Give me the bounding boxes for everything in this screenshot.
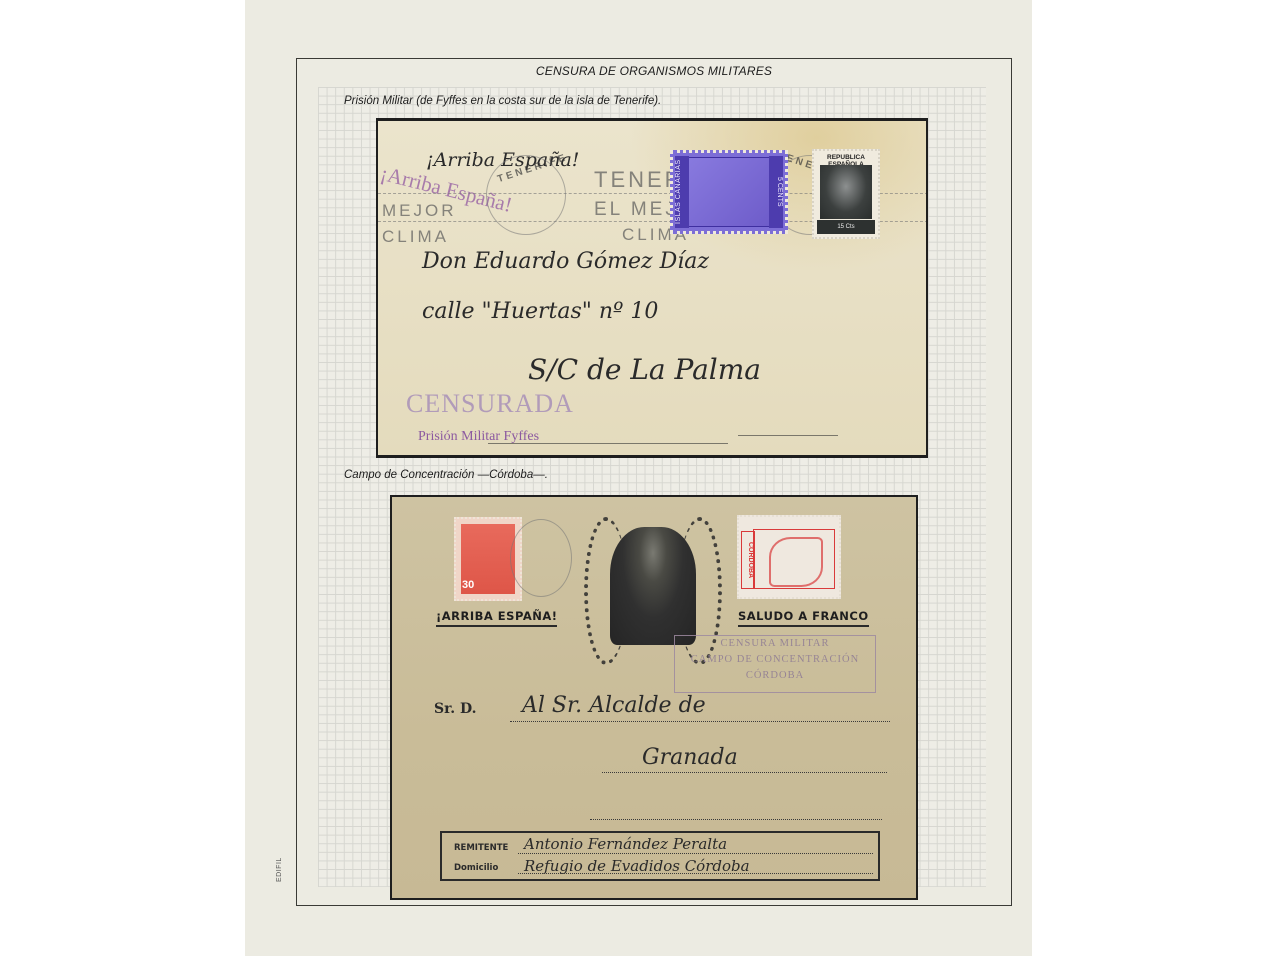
stamp-republica-espanola: REPUBLICA ESPAÑOLA 15 Cts	[812, 149, 880, 239]
printed-saludo-franco: SALUDO A FRANCO	[738, 609, 869, 627]
printed-arriba-espana: ¡ARRIBA ESPAÑA!	[436, 609, 557, 627]
cover-prision-militar: ¡Arriba España! ¡Arriba España! TENERIFE…	[376, 118, 928, 458]
sender-dotline	[518, 853, 873, 854]
remitente-value: Antonio Fernández Peralta	[524, 835, 727, 853]
censor-line-2: CAMPO DE CONCENTRACIÓN	[675, 652, 875, 668]
stamp-value: 15 Cts	[817, 220, 875, 234]
censor-line-1: CENSURA MILITAR	[675, 636, 875, 652]
domicilio-label: Domicilio	[454, 863, 498, 873]
underline-stroke	[488, 443, 728, 444]
address-line-2: Granada	[642, 745, 738, 770]
cover-campo-concentracion: 30 CORDOBA ¡ARRIBA ESPAÑA! SALUDO A FRAN…	[390, 495, 918, 900]
section-caption-prision: Prisión Militar (de Fyffes en la costa s…	[344, 95, 661, 107]
sender-box: REMITENTE Antonio Fernández Peralta Domi…	[440, 831, 880, 881]
section-caption-campo: Campo de Concentración —Córdoba—.	[344, 469, 548, 481]
postmark-circle	[510, 519, 572, 597]
publisher-mark: EDIFIL	[276, 857, 283, 882]
stamp-cordoba-overprint: CORDOBA	[737, 515, 841, 599]
stamp-country: ISLAS CANARIAS	[675, 156, 689, 228]
sender-dotline	[518, 873, 873, 874]
portrait-vignette	[610, 527, 696, 645]
censura-militar-stamp: CENSURA MILITAR CAMPO DE CONCENTRACIÓN C…	[674, 635, 876, 693]
address-dotline	[602, 772, 887, 773]
stamp-portrait	[820, 165, 872, 219]
stamp-design	[677, 157, 781, 227]
stamp-design	[769, 537, 823, 587]
address-dotline	[590, 819, 882, 820]
address-dotline	[510, 721, 890, 722]
underline-stroke	[738, 435, 838, 436]
stamp-value: 5 CENTS	[769, 156, 783, 228]
address-line-1: Al Sr. Alcalde de	[522, 693, 706, 718]
address-line-2: calle "Huertas" nº 10	[422, 299, 658, 324]
machine-cancel-fragment: CLIMA	[382, 227, 449, 247]
address-line-3: S/C de La Palma	[528, 353, 761, 386]
page-title: CENSURA DE ORGANISMOS MILITARES	[296, 64, 1012, 78]
censor-line-3: CÓRDOBA	[675, 668, 875, 684]
remitente-label: REMITENTE	[454, 843, 508, 853]
censurada-stamp: CENSURADA	[406, 389, 574, 419]
address-label: Sr. D.	[434, 701, 476, 717]
machine-cancel-fragment: MEJOR	[382, 201, 457, 221]
stamp-islas-canarias: ISLAS CANARIAS 5 CENTS	[670, 150, 788, 234]
address-line-1: Don Eduardo Gómez Díaz	[422, 249, 709, 274]
stamp-value: 30	[462, 579, 474, 591]
